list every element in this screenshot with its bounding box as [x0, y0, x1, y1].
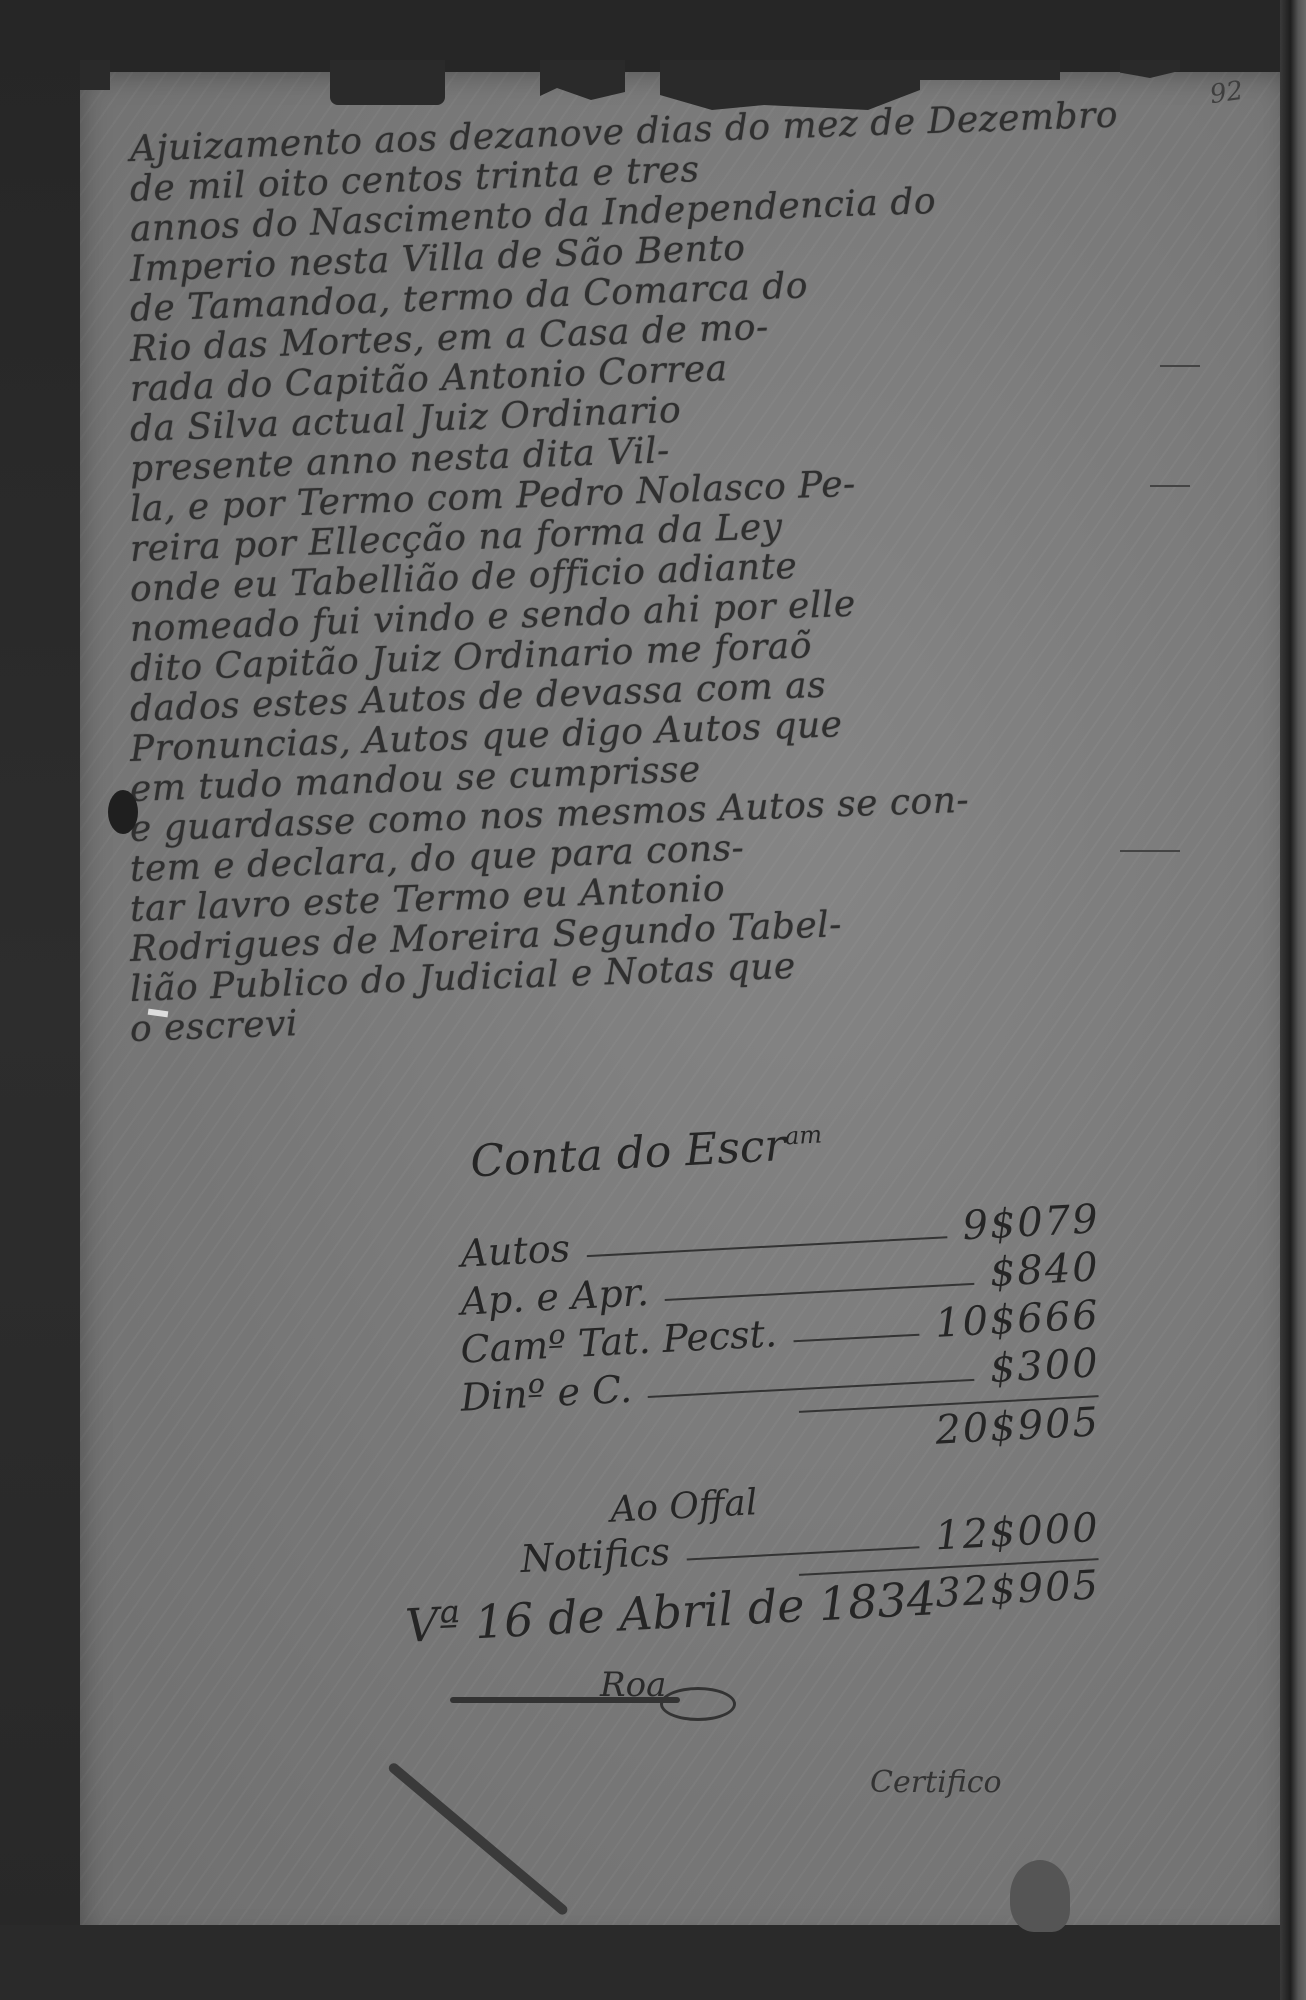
ledger-label: Dinº e C. [459, 1367, 632, 1420]
bottom-note: Certifico [870, 1765, 1002, 1800]
ledger-label: Notifics [519, 1529, 671, 1581]
ledger-amount: 9$079 [961, 1196, 1100, 1249]
manuscript-body: Ajuizamento aos dezanove dias do mez de … [130, 130, 1220, 1050]
scan-bottom-edge [0, 1925, 1306, 2000]
ledger-amount: 12$000 [934, 1505, 1101, 1560]
water-stain [1010, 1860, 1070, 1932]
margin-dash [1150, 485, 1190, 487]
torn-edge [330, 60, 445, 105]
ledger-leader [793, 1334, 920, 1343]
ledger-amount: $840 [989, 1244, 1101, 1296]
ledger-leader [686, 1546, 919, 1560]
book-binding [1280, 0, 1306, 2000]
margin-dash [1160, 365, 1200, 367]
ledger-amount: $300 [989, 1340, 1101, 1392]
ledger-label: Autos [459, 1226, 571, 1276]
torn-edge [920, 60, 1060, 80]
ledger-subtotal: 20$905 [799, 1395, 1101, 1461]
torn-edge [80, 60, 110, 90]
signature-loop [660, 1687, 736, 1721]
accounts-ledger: Conta do Escram Autos 9$079 Ap. e Apr. $… [460, 1120, 1100, 1616]
signature-flourish [450, 1697, 680, 1703]
ledger-leader [648, 1379, 974, 1398]
ink-blot [108, 790, 138, 834]
signature: Roa [450, 1665, 870, 1735]
margin-dash [1120, 850, 1180, 852]
